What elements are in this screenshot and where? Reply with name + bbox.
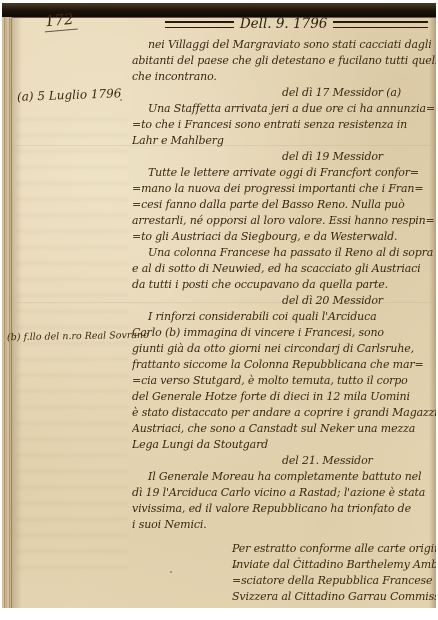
header-rule-right bbox=[333, 21, 428, 28]
manuscript-line: e al di sotto di Neuwied, ed ha scacciat… bbox=[132, 261, 436, 277]
manuscript-line: che incontrano. bbox=[132, 69, 436, 85]
paragraph-21-messidor: Il Generale Moreau ha completamente batt… bbox=[132, 469, 436, 533]
manuscript-line: Per estratto conforme alle carte origina… bbox=[232, 541, 436, 557]
manuscript-line: Svizzera al Cittadino Garrau Commissario bbox=[232, 589, 436, 605]
manuscript-line: abitanti del paese che gli detestano e f… bbox=[132, 53, 436, 69]
manuscript-line: dì 19 l'Arciduca Carlo vicino a Rastad; … bbox=[132, 485, 436, 501]
margin-note-a: (a) 5 Luglio 1796 bbox=[17, 86, 122, 104]
ink-bleedthrough bbox=[16, 113, 128, 578]
paragraph-17-messidor: Una Staffetta arrivata jeri a due ore ci… bbox=[132, 101, 436, 149]
page-number: 172 bbox=[43, 10, 77, 33]
manuscript-line: Austriaci, che sono a Canstadt sul Neker… bbox=[132, 421, 436, 437]
manuscript-line: Inviate dal Cittadino Barthelemy Amba= bbox=[232, 557, 436, 573]
paragraph-20-messidor: I rinforzi considerabili coi quali l'Arc… bbox=[132, 309, 436, 453]
manuscript-line: Tutte le lettere arrivate oggi di Francf… bbox=[132, 165, 436, 181]
manuscript-line: è stato distaccato per andare a coprire … bbox=[132, 405, 436, 421]
manuscript-line: Lahr e Mahlberg bbox=[132, 133, 436, 149]
manuscript-line: i suoi Nemici. bbox=[132, 517, 436, 533]
intro-paragraph: nei Villaggi del Margraviato sono stati … bbox=[132, 37, 436, 85]
manuscript-line: =to che i Francesi sono entrati senza re… bbox=[132, 117, 436, 133]
ink-speck bbox=[298, 557, 300, 559]
manuscript-line: =sciatore della Repubblica Francese nell… bbox=[232, 573, 436, 589]
manuscript-photo: 172 Dell. 9. 1796 (a) 5 Luglio 1796 (b) … bbox=[0, 0, 438, 620]
manuscript-line: giunti già da otto giorni nei circondarj… bbox=[132, 341, 436, 357]
manuscript-line: Carlo (b) immagina di vincere i Francesi… bbox=[132, 325, 436, 341]
date-heading-20-messidor: del dì 20 Messidor bbox=[132, 293, 436, 309]
ink-speck bbox=[170, 571, 172, 573]
book-page-edges bbox=[2, 17, 12, 608]
closing-attestation: Per estratto conforme alle carte origina… bbox=[232, 541, 436, 605]
manuscript-line: Una colonna Francese ha passato il Reno … bbox=[132, 245, 436, 261]
manuscript-line: frattanto siccome la Colonna Repubblican… bbox=[132, 357, 436, 373]
header-rule-left bbox=[165, 21, 234, 28]
manuscript-line: Lega Lungi da Stoutgard bbox=[132, 437, 436, 453]
date-heading-21-messidor: del 21. Messidor bbox=[132, 453, 436, 469]
manuscript-line: =mano la nuova dei progressi importanti … bbox=[132, 181, 436, 197]
manuscript-line: =to gli Austriaci da Siegbourg, e da Wes… bbox=[132, 229, 436, 245]
manuscript-line: =cia verso Stutgard, è molto temuta, tut… bbox=[132, 373, 436, 389]
entry-header: Dell. 9. 1796 bbox=[165, 16, 428, 32]
manuscript-line: Il Generale Moreau ha completamente batt… bbox=[132, 469, 436, 485]
manuscript-line: vivissima, ed il valore Repubblicano ha … bbox=[132, 501, 436, 517]
manuscript-line: =cesi fanno dalla parte del Basso Reno. … bbox=[132, 197, 436, 213]
manuscript-line: del Generale Hotze forte di dieci in 12 … bbox=[132, 389, 436, 405]
manuscript-line: nei Villaggi del Margraviato sono stati … bbox=[132, 37, 436, 53]
manuscript-line: Una Staffetta arrivata jeri a due ore ci… bbox=[132, 101, 436, 117]
date-heading-17-messidor: del dì 17 Messidor (a) bbox=[132, 85, 436, 101]
paragraph-19-messidor-1: Tutte le lettere arrivate oggi di Francf… bbox=[132, 165, 436, 245]
manuscript-line: I rinforzi considerabili coi quali l'Arc… bbox=[132, 309, 436, 325]
ink-speck bbox=[234, 565, 237, 568]
date-heading-19-messidor: del dì 19 Messidor bbox=[132, 149, 436, 165]
paragraph-19-messidor-2: Una colonna Francese ha passato il Reno … bbox=[132, 245, 436, 293]
manuscript-page: 172 Dell. 9. 1796 (a) 5 Luglio 1796 (b) … bbox=[2, 3, 436, 608]
ink-speck bbox=[120, 99, 122, 101]
manuscript-line: arrestarli, né opporsi al loro valore. E… bbox=[132, 213, 436, 229]
manuscript-text-column: nei Villaggi del Margraviato sono stati … bbox=[132, 37, 436, 605]
manuscript-line: da tutti i posti che occupavano da quell… bbox=[132, 277, 436, 293]
entry-date-title: Dell. 9. 1796 bbox=[240, 16, 328, 32]
